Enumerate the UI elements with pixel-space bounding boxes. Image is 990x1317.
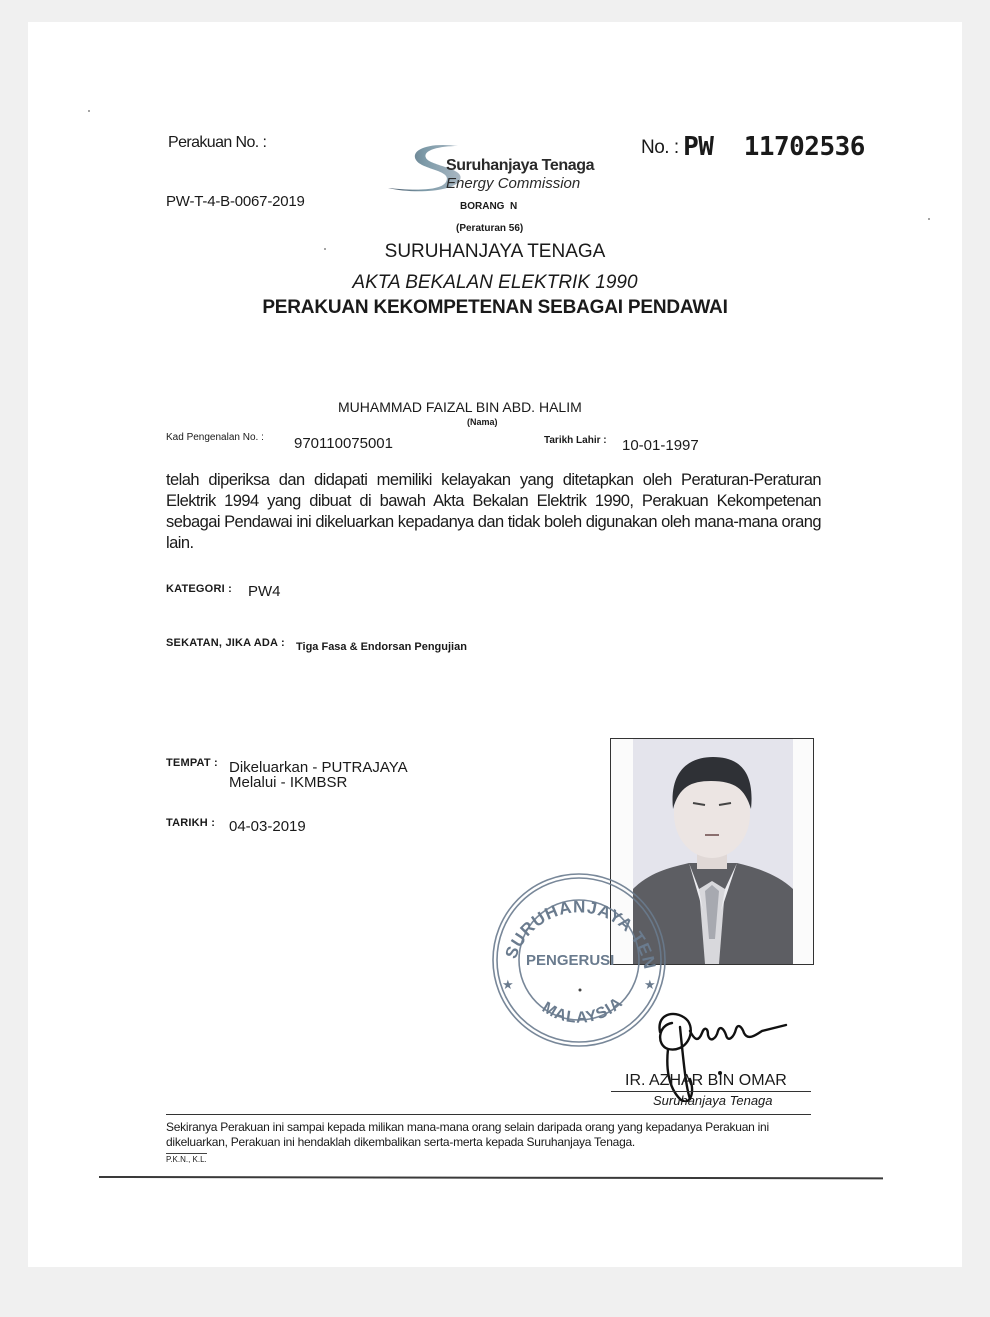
certification-statement: telah diperiksa dan didapati memiliki ke… [166,470,821,554]
serial-value: PW 11702536 [683,132,865,162]
certificate-title: PERAKUAN KEKOMPETENAN SEBAGAI PENDAWAI [28,297,962,319]
scan-speck [324,248,326,250]
tempat-label: TEMPAT : [166,757,218,769]
printer-mark: P.K.N., K.L. [166,1153,207,1164]
signatory-name: IR. AZHAR BIN OMAR [625,1072,787,1090]
star-icon: ★ [502,977,514,992]
kategori-label: KATEGORI : [166,583,232,595]
stamp-center-text: PENGERUSI [526,952,614,969]
dob-value: 10-01-1997 [622,437,699,454]
kategori-value: PW4 [248,583,281,600]
svg-text:MALAYSIA: MALAYSIA [539,994,626,1027]
signature-line [611,1091,811,1092]
ic-label: Kad Pengenalan No. : [166,432,264,443]
holder-name-caption: (Nama) [467,417,498,427]
tempat-via: Melalui - IKMBSR [229,774,347,791]
sekatan-value: Tiga Fasa & Endorsan Pengujian [296,641,467,653]
scan-speck [928,218,930,220]
ic-value: 970110075001 [294,435,393,452]
perakuan-no-label: Perakuan No. : [168,134,266,152]
regulation-label: (Peraturan 56) [456,223,523,234]
tarikh-value: 04-03-2019 [229,818,306,835]
footer-note: Sekiranya Perakuan ini sampai kepada mil… [166,1120,826,1150]
logo-name-en: Energy Commission [446,175,580,192]
form-label: BORANG N [460,201,517,212]
bottom-divider [99,1176,883,1179]
serial-prefix: No. : [641,137,679,158]
logo-name-ms: Suruhanjaya Tenaga [446,157,594,175]
footer-divider [166,1114,811,1115]
act-title: AKTA BEKALAN ELEKTRIK 1990 [28,272,962,294]
perakuan-no-value: PW-T-4-B-0067-2019 [166,193,305,210]
scan-speck [88,110,90,112]
holder-name: MUHAMMAD FAIZAL BIN ABD. HALIM [338,399,582,415]
sekatan-label: SEKATAN, JIKA ADA : [166,637,285,649]
tarikh-label: TARIKH : [166,817,215,829]
serial-number: No. : PW 11702536 [641,132,865,162]
certificate-page: Perakuan No. : PW-T-4-B-0067-2019 Suruha… [28,22,962,1267]
signatory-title: Suruhanjaya Tenaga [653,1093,773,1108]
organization-title: SURUHANJAYA TENAGA [28,241,962,263]
dob-label: Tarikh Lahir : [544,435,607,446]
stamp-bottom-text: MALAYSIA [539,994,626,1027]
